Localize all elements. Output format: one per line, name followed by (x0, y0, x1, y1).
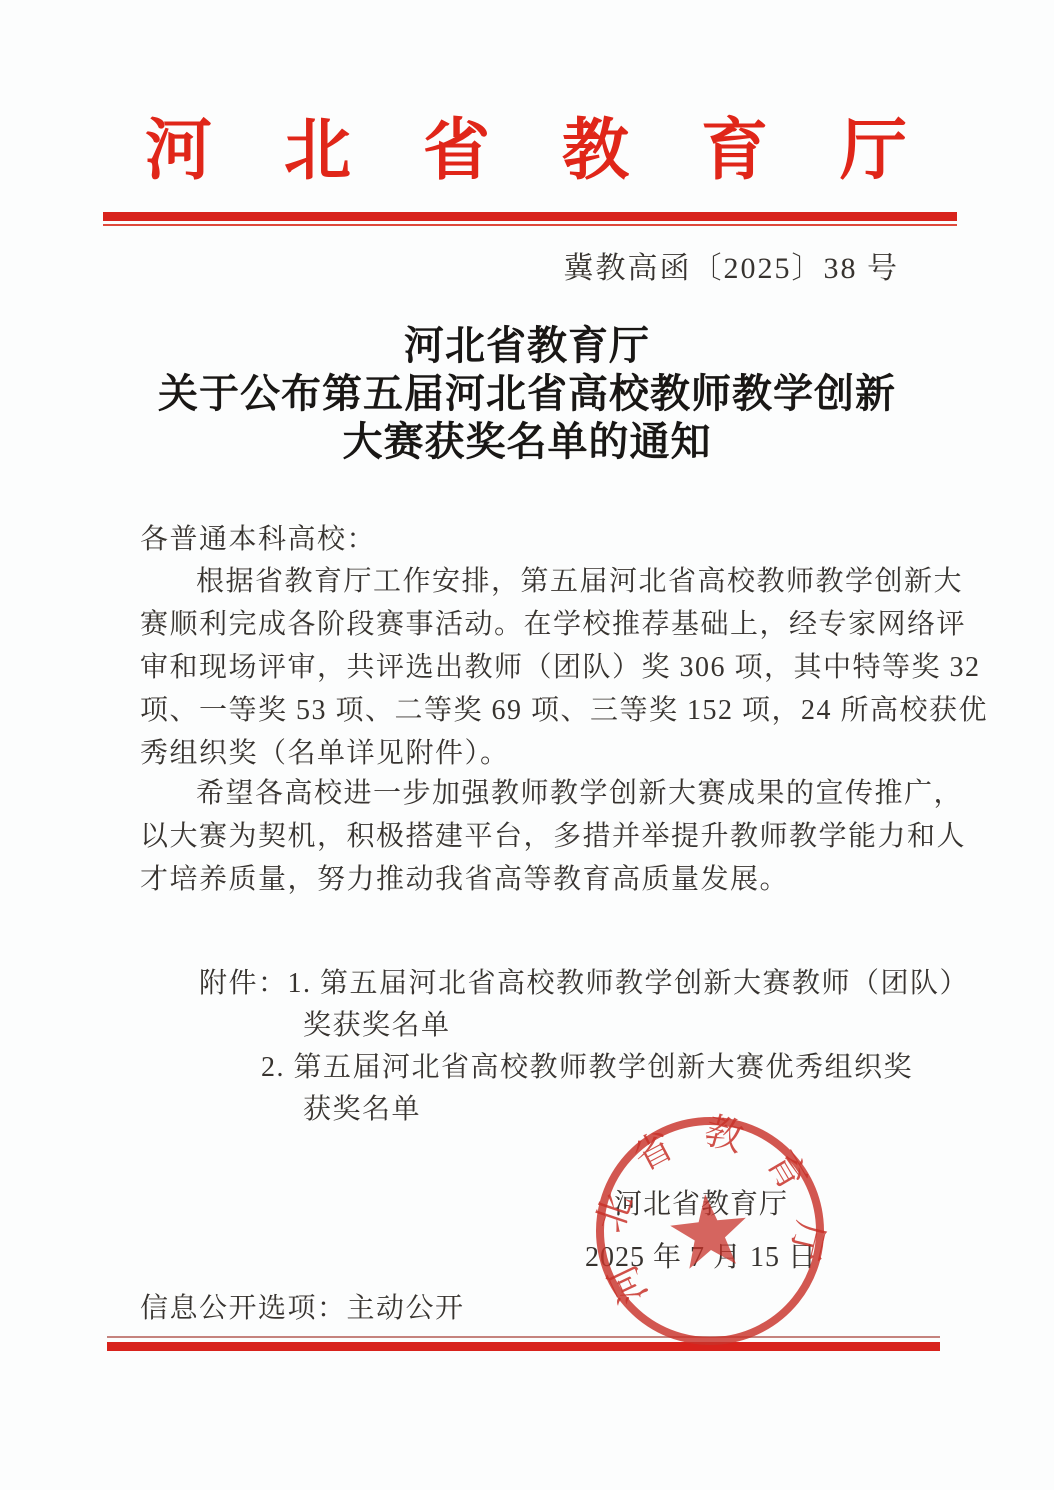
signature-date: 2025 年 7 月 15 日 (545, 1242, 857, 1274)
body-paragraph-2: 希望各高校进一步加强教师教学创新大赛成果的宣传推广， 以大赛为契机，积极搭建平台… (140, 772, 920, 901)
document-title-line3: 大赛获奖名单的通知 (0, 418, 1054, 466)
salutation: 各普通本科高校： (140, 517, 376, 557)
paragraph-line: 以大赛为契机，积极搭建平台，多措并举提升教师教学能力和人 (140, 815, 920, 858)
paragraph-line: 根据省教育厅工作安排，第五届河北省高校教师教学创新大 (140, 560, 920, 603)
paragraph-line: 才培养质量，努力推动我省高等教育高质量发展。 (140, 858, 920, 901)
paragraph-line: 项、一等奖 53 项、二等奖 69 项、三等奖 152 项，24 所高校获优 (140, 689, 920, 732)
paragraph-line: 希望各高校进一步加强教师教学创新大赛成果的宣传推广， (140, 772, 920, 815)
attachment-2-text-wrap: 获奖名单 (199, 1089, 969, 1131)
document-title: 河北省教育厅 关于公布第五届河北省高校教师教学创新 大赛获奖名单的通知 (0, 322, 1054, 466)
signature-block: 河北省教育厅 2025 年 7 月 15 日 (545, 1189, 857, 1274)
attachment-1-text-wrap: 奖获奖名单 (199, 1005, 969, 1047)
attachment-1-text: 1. 第五届河北省高校教师教学创新大赛教师（团队） (288, 968, 970, 999)
footer-rule-thick (107, 1342, 940, 1351)
attachments-list: 附件：1. 第五届河北省高校教师教学创新大赛教师（团队） 奖获奖名单 2. 第五… (199, 963, 969, 1131)
paragraph-line: 审和现场评审，共评选出教师（团队）奖 306 项，其中特等奖 32 (140, 646, 920, 689)
masthead-rule-thick (103, 212, 957, 221)
attachment-item-2: 2. 第五届河北省高校教师教学创新大赛优秀组织奖 (199, 1047, 969, 1089)
paragraph-line: 秀组织奖（名单详见附件）。 (140, 732, 920, 775)
attachments-label: 附件： (199, 968, 288, 999)
attachment-item-1: 附件：1. 第五届河北省高校教师教学创新大赛教师（团队） (199, 963, 969, 1005)
footer-rule-thin (107, 1336, 940, 1338)
disclosure-note: 信息公开选项：主动公开 (140, 1286, 465, 1326)
masthead-rule-thin (103, 224, 957, 226)
official-document-page: 河北省教育厅 冀教高函〔2025〕38 号 河北省教育厅 关于公布第五届河北省高… (0, 0, 1054, 1490)
agency-masthead: 河北省教育厅 (145, 108, 907, 195)
document-number: 冀教高函〔2025〕38 号 (564, 243, 900, 287)
document-title-line1: 河北省教育厅 (0, 322, 1054, 370)
body-paragraph-1: 根据省教育厅工作安排，第五届河北省高校教师教学创新大 赛顺利完成各阶段赛事活动。… (140, 560, 920, 775)
document-title-line2: 关于公布第五届河北省高校教师教学创新 (0, 370, 1054, 418)
signature-org: 河北省教育厅 (545, 1189, 857, 1221)
paragraph-line: 赛顺利完成各阶段赛事活动。在学校推荐基础上，经专家网络评 (140, 603, 920, 646)
